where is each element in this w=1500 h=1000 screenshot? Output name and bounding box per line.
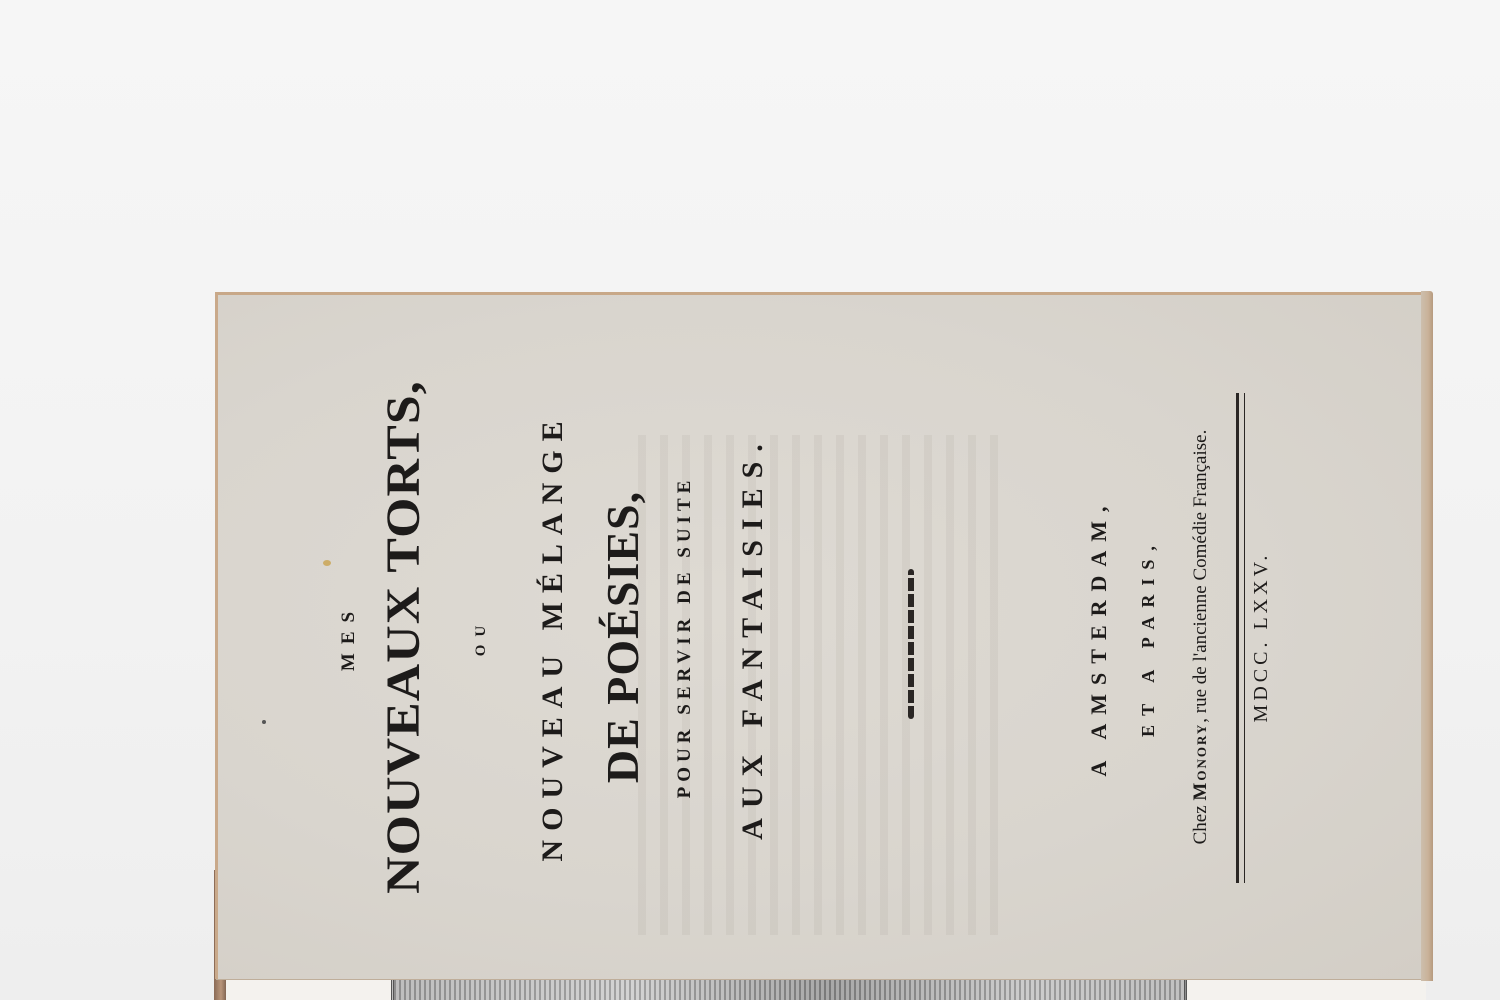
title-page: MES NOUVEAUX TORTS, OU NOUVEAU MÉLANGE D… [215,292,1425,979]
subtitle-line-4: AUX FANTAISIES. [736,295,770,979]
imprint-place-1: A AMSTERDAM, [1086,295,1112,979]
title-main: NOUVEAUX TORTS, [376,268,431,1000]
title-conjunction: OU [473,295,490,979]
title-line-mes: MES [338,295,360,979]
engraving-image [391,977,1187,1000]
imprint-date: MDCC. LXXV. [1250,295,1273,979]
imprint-publisher: Chez Monory, rue de l'ancienne Comédie F… [1190,295,1212,979]
subtitle-line-3: POUR SERVIR DE SUITE [674,295,696,979]
publisher-prefix: Chez [1190,805,1211,844]
double-rule [1236,393,1245,883]
subtitle-line-1: NOUVEAU MÉLANGE [536,295,570,979]
rotated-text-block: MES NOUVEAUX TORTS, OU NOUVEAU MÉLANGE D… [218,295,1425,979]
typographic-ornament-divider [908,569,914,719]
publisher-name: Monory [1190,723,1211,801]
subtitle-line-2: DE POÉSIES, [596,295,649,979]
imprint-place-2: ET A PARIS, [1138,295,1159,979]
publisher-address: , rue de l'ancienne Comédie Française. [1190,430,1211,723]
